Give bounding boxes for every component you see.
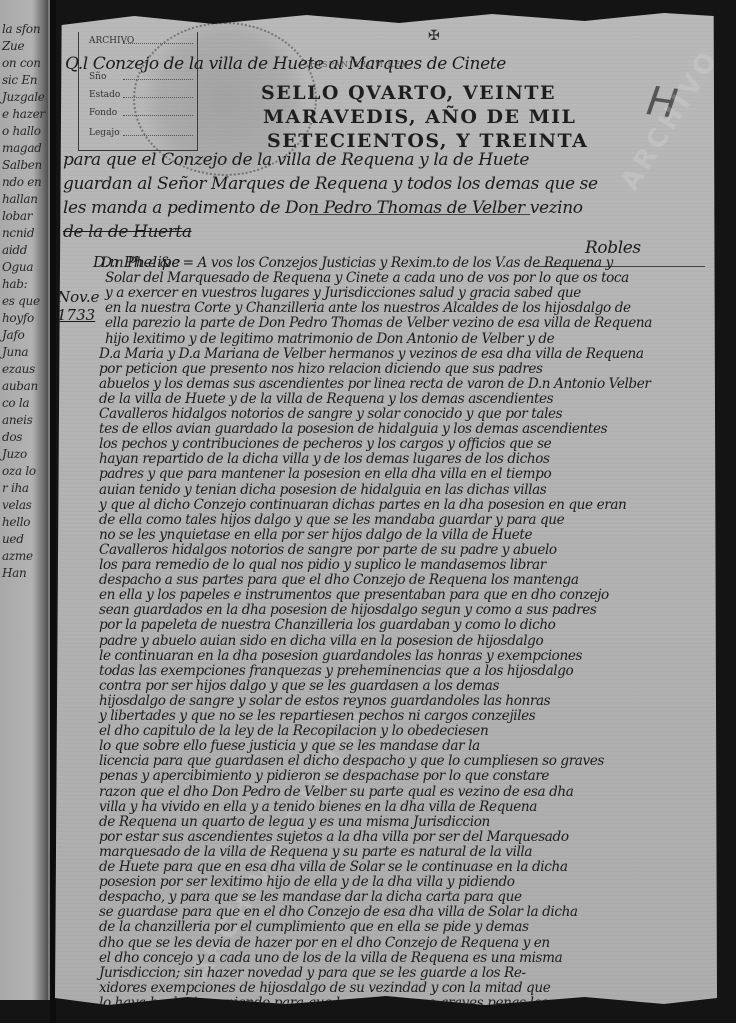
body-line: hijo lexitimo y de legitimo matrimonio d… (105, 331, 554, 347)
adjacent-page-line: Zue (2, 39, 24, 53)
title-line-3: guardan al Señor Marques de Requena y to… (63, 174, 598, 194)
body-line: lo que sobre ello fuese justicia y que s… (99, 738, 480, 754)
body-line: y que al dicho Conzejo continuaran dicha… (99, 497, 626, 513)
body-line: y a exercer en vuestros lugares y Jurisd… (105, 285, 581, 301)
body-line: posesion por ser lexitimo hijo de ella y… (99, 874, 515, 890)
adjacent-page-line: sic En (2, 73, 37, 87)
body-line: despacho a sus partes para que el dho Co… (99, 572, 579, 588)
body-line: D.n Ph.e &c = A vos los Conzejos Justici… (101, 255, 613, 271)
body-line: de la chanzilleria por el cumplimiento q… (99, 919, 529, 935)
body-line: padre y abuelo auian sido en dicha villa… (99, 633, 543, 649)
adjacent-page-line: velas (2, 498, 32, 512)
adjacent-page-line: ezaus (2, 362, 35, 376)
title-line-4: les manda a pedimento de Don Pedro Thoma… (63, 198, 583, 218)
body-line: Jurisdiccion; sin hazer novedad y para q… (99, 965, 526, 981)
body-line: D.a Maria y D.a Mariana de Velber herman… (99, 346, 644, 362)
adjacent-page-line: hello (2, 515, 30, 529)
body-line: se guardase para que en el dho Conzejo d… (99, 904, 578, 920)
body-line: Cavalleros hidalgos notorios de sangre p… (99, 542, 557, 558)
body-line: de ella como tales hijos dalgo y que se … (99, 512, 564, 528)
body-line: los para remedio de lo qual nos pidio y … (99, 557, 546, 573)
body-line: penas y apercibimiento y pidieron se des… (99, 768, 549, 784)
body-line: razon que el dho Don Pedro de Velber su … (99, 784, 574, 800)
body-line: contra por ser hijos dalgo y que se les … (99, 678, 499, 694)
title-line-5: de la de Huerta (63, 222, 192, 242)
body-line: el dho capitulo de la ley de la Recopila… (99, 723, 488, 739)
body-line: los pechos y contribuciones de pecheros … (99, 436, 551, 452)
body-line: licencia para que guardasen el dicho des… (99, 753, 604, 769)
adjacent-page-line: Juzo (2, 447, 27, 461)
adjacent-page-line: auban (2, 379, 38, 393)
adjacent-page-line: dos (2, 430, 22, 444)
body-line: abuelos y los demas sus ascendientes por… (99, 376, 650, 392)
body-line: por la papeleta de nuestra Chanzilleria … (99, 617, 555, 633)
adjacent-page-line: oza lo (2, 464, 36, 478)
adjacent-page-line: ndo en (2, 175, 41, 189)
seal-line-2: MARAVEDIS, AÑO DE MIL (263, 106, 576, 128)
manuscript-page: ARCHIVO Sño Estado Fondo Legajo ✠ HISPAN… (55, 10, 717, 1008)
body-line: de Huete para que en esa dha villa de So… (99, 859, 568, 875)
body-line: villa y ha vivido en ella y a tenido bie… (99, 799, 537, 815)
adjacent-page-line: e hazer (2, 107, 45, 121)
adjacent-page-line: lobar (2, 209, 32, 223)
title-line-2: para que el Conzejo de la villa de Reque… (63, 150, 529, 170)
body-line: en ella y los papeles e instrumentos que… (99, 587, 609, 603)
body-line: por peticion que presento nos hizo relac… (99, 361, 543, 377)
body-line: le continuaran en la dha posesion guarda… (99, 648, 582, 664)
body-line: y libertades y que no se les repartiesen… (99, 708, 535, 724)
adjacent-page-line: aidd (2, 243, 27, 257)
body-line: el dho concejo y a cada uno de los de la… (99, 950, 562, 966)
body-line: por estar sus ascendientes sujetos a la … (99, 829, 569, 845)
adjacent-page-line: la sfon (2, 22, 40, 36)
adjacent-page-line: es que (2, 294, 40, 308)
body-line: auian tenido y tenian dicha posesion de … (99, 482, 546, 498)
adjacent-page-fragment: la sfonZueon consic EnJuzgalee hazero ha… (0, 0, 52, 1000)
binding-gutter (50, 0, 56, 1023)
stamp-field-legajo: Legajo (89, 128, 120, 138)
margin-year-note: 1733 (57, 306, 95, 324)
margin-month-note: Nov.e (57, 288, 100, 306)
body-line: tes de ellos avian guardado la posesion … (99, 421, 607, 437)
body-line: Cavalleros hidalgos notorios de sangre y… (99, 406, 562, 422)
archive-stamp-box: ARCHIVO Sño Estado Fondo Legajo (78, 32, 198, 151)
body-line: todas las exempciones franquezas y prehe… (99, 663, 573, 679)
adjacent-page-line: hoyfo (2, 311, 34, 325)
adjacent-page-line: aneis (2, 413, 32, 427)
body-line: no se les ynquietase en ella por ser hij… (99, 527, 532, 543)
adjacent-page-line: Ogua (2, 260, 33, 274)
body-line: hijosdalgo de sangre y solar de estos re… (99, 693, 550, 709)
body-line: en la nuestra Corte y Chanzilleria ante … (105, 300, 631, 316)
seal-line-3: SETECIENTOS, Y TREINTA (267, 130, 588, 152)
adjacent-page-line: ncnid (2, 226, 34, 240)
seal-line-1: SELLO QVARTO, VEINTE (261, 82, 556, 104)
cross-ornament-icon: ✠ (428, 28, 440, 44)
stamp-field-estado: Estado (89, 90, 120, 100)
body-line: ella parezio la parte de Don Pedro Thoma… (105, 315, 652, 331)
adjacent-page-line: hab: (2, 277, 27, 291)
body-line: de Requena un quarto de legua y es una m… (99, 814, 490, 830)
body-line: dho que se les devia de hazer por en el … (99, 935, 550, 951)
body-line: padres y que para mantener la posesion e… (99, 466, 551, 482)
body-line: despacho, y para que se les mandase dar … (99, 889, 522, 905)
body-line: hayan repartido de la dicha villa y de l… (99, 451, 550, 467)
body-line: de la villa de Huete y de la villa de Re… (99, 391, 553, 407)
adjacent-page-line: on con (2, 56, 41, 70)
body-line: marquesado de la villa de Requena y su p… (99, 844, 532, 860)
body-line: sean guardados en la dha posesion de hij… (99, 602, 596, 618)
body-line: Solar del Marquesado de Requena y Cinete… (105, 270, 629, 286)
adjacent-page-line: o hallo (2, 124, 41, 138)
adjacent-page-line: Juzgale (2, 90, 45, 104)
stamp-field-fondo: Fondo (89, 108, 117, 118)
adjacent-page-line: r iha (2, 481, 29, 495)
adjacent-page-line: Han (2, 566, 26, 580)
adjacent-page-line: magad (2, 141, 42, 155)
body-line: lo haya hecho imponiendo para que lo cum… (99, 995, 548, 1011)
adjacent-page-line: Jafo (2, 328, 24, 342)
adjacent-page-line: Juna (2, 345, 28, 359)
adjacent-page-line: hallan (2, 192, 38, 206)
archive-watermark: ARCHIVO CUENCA (615, 0, 736, 196)
adjacent-page-line: azme (2, 549, 33, 563)
title-line-1: Q.l Conzejo de la villa de Huete al Marq… (65, 54, 506, 74)
adjacent-page-line: ued (2, 532, 24, 546)
body-line: xidores exempciones de hijosdalgo de su … (99, 980, 550, 996)
archive-label: ARCHIVO (89, 36, 134, 46)
adjacent-page-line: Salben (2, 158, 42, 172)
adjacent-page-line: co la (2, 396, 29, 410)
title-underline (310, 214, 530, 215)
